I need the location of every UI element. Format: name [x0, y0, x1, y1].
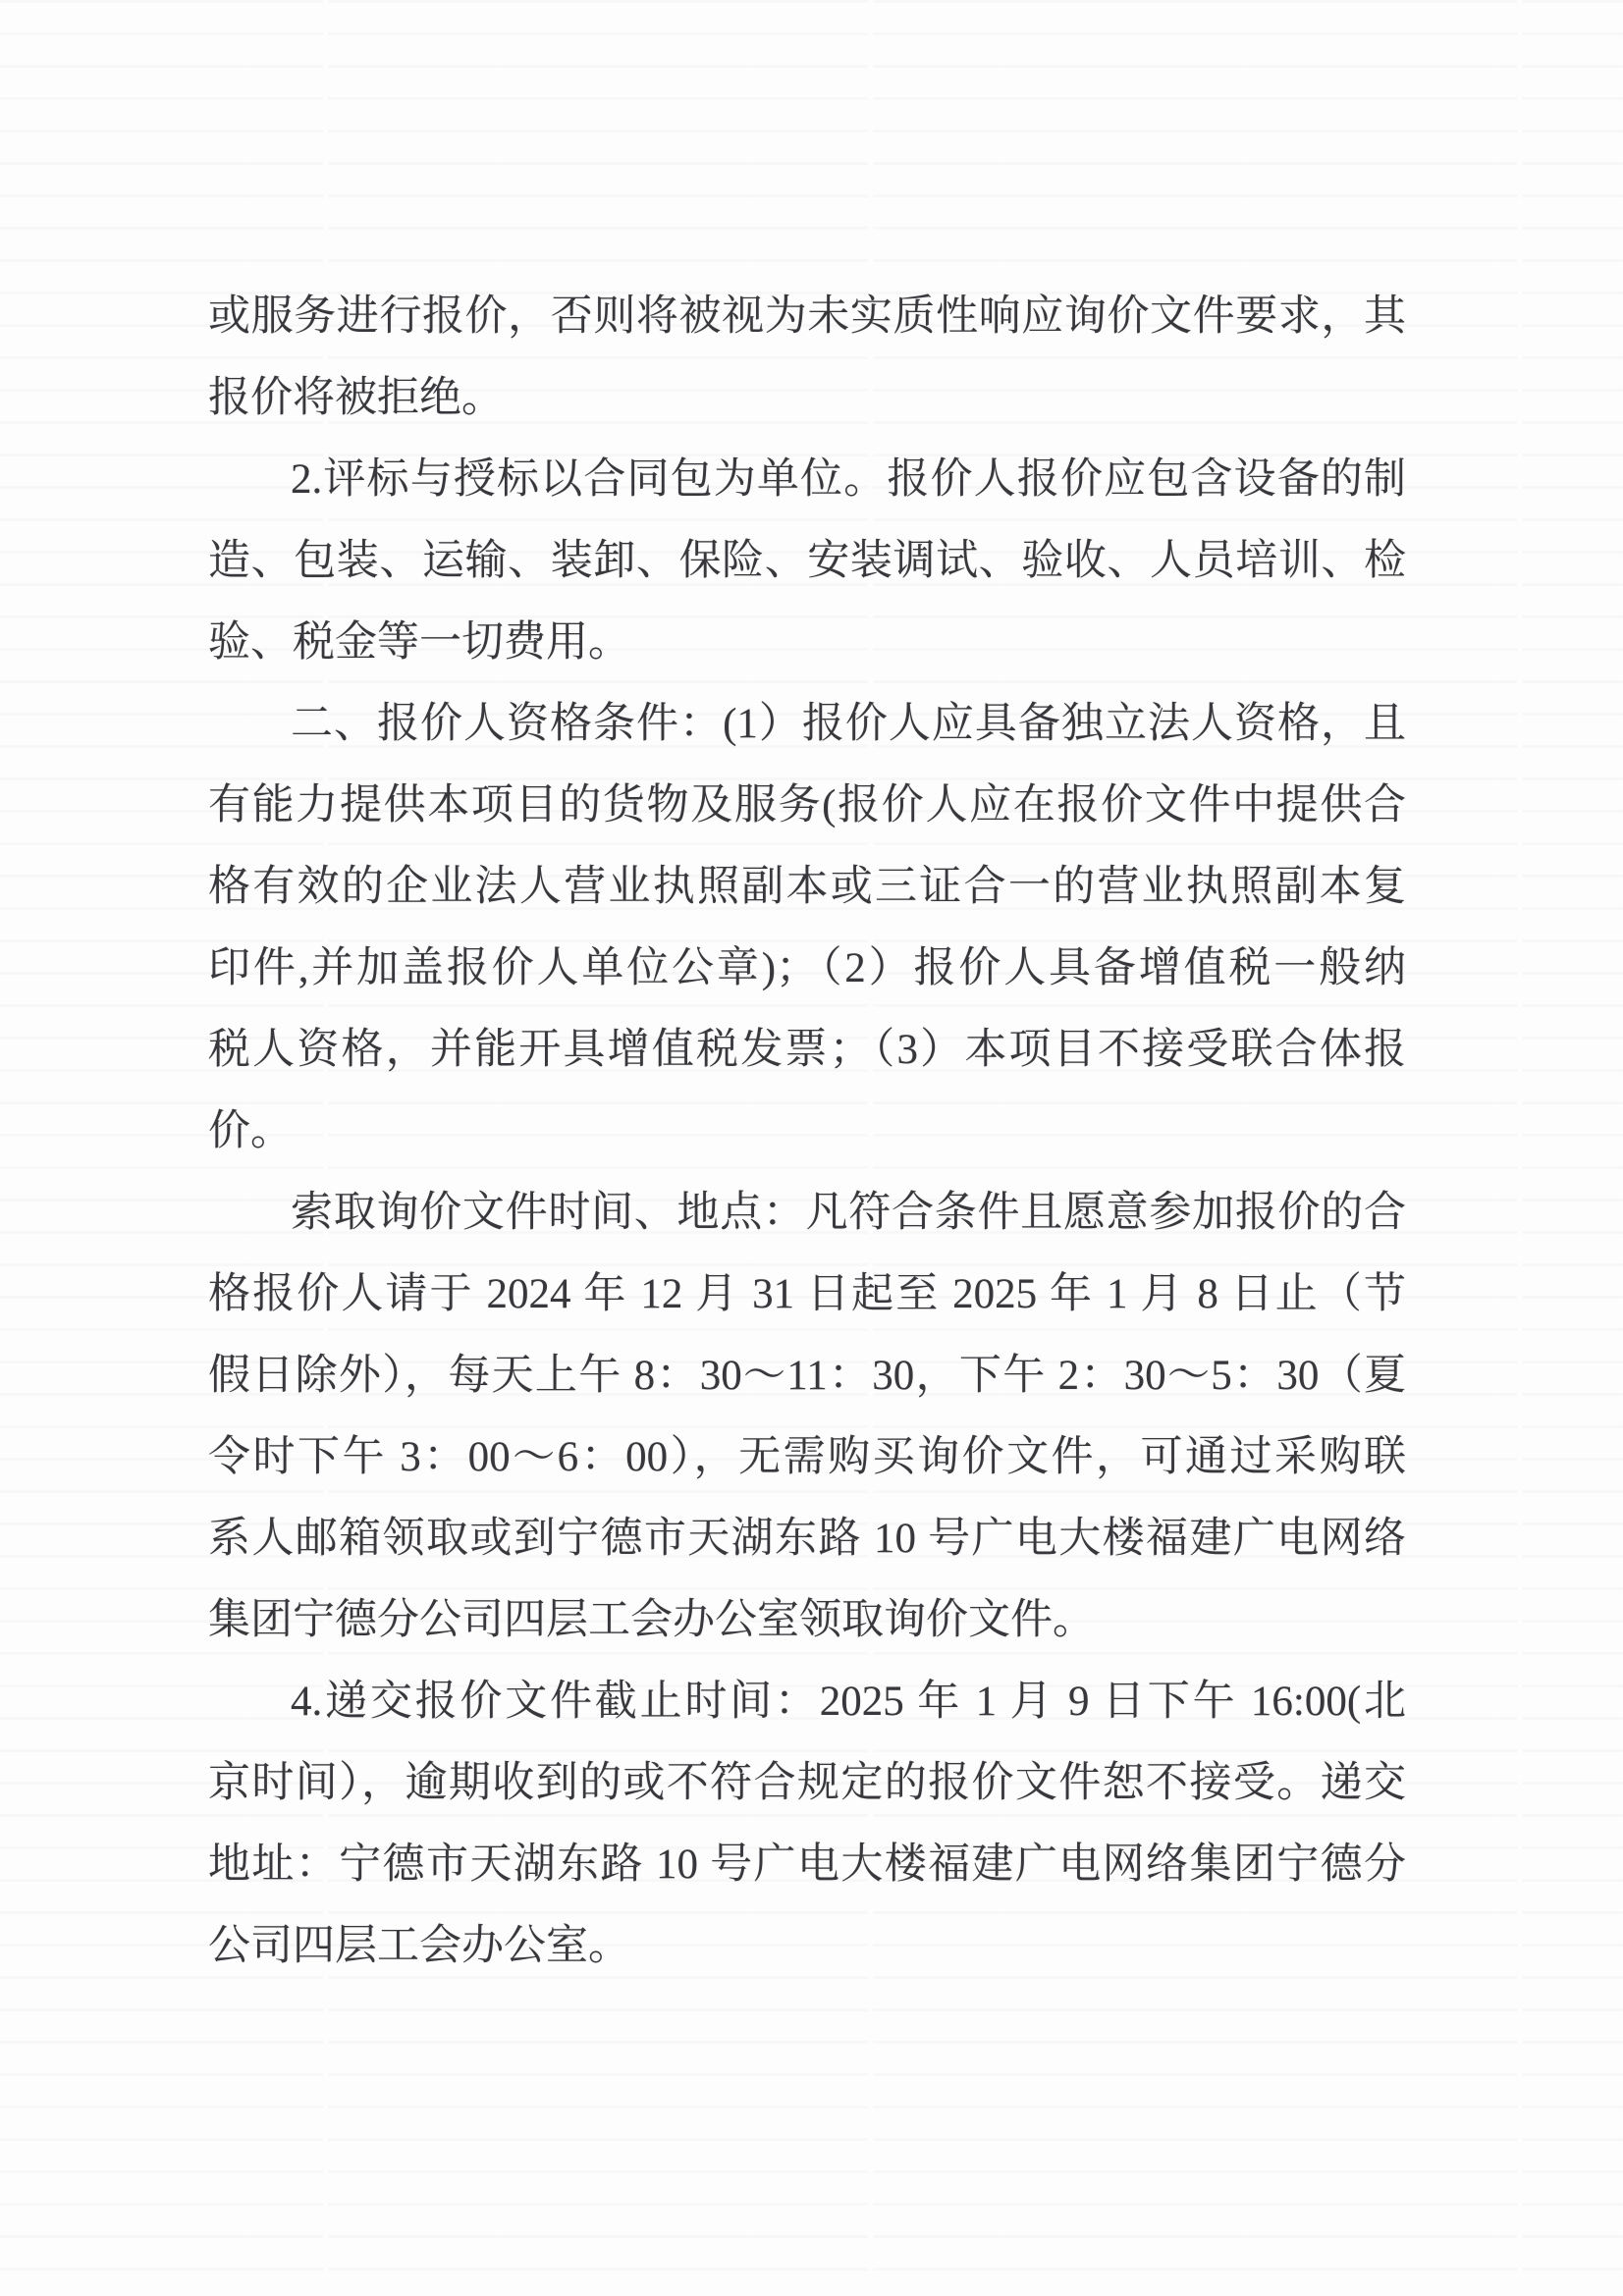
document-text-line: 报价将被拒绝。: [208, 357, 1406, 439]
document-text-line: 京时间），逾期收到的或不符合规定的报价文件恕不接受。递交: [208, 1742, 1406, 1824]
document-text-line: 验、税金等一切费用。: [208, 602, 1406, 683]
document-text-line: 税人资格，并能开具增值税发票；（3）本项目不接受联合体报: [208, 1009, 1406, 1091]
document-text-line: 4.递交报价文件截止时间：2025 年 1 月 9 日下午 16:00(北: [208, 1661, 1406, 1742]
document-text-line: 2.评标与授标以合同包为单位。报价人报价应包含设备的制: [208, 439, 1406, 520]
document-text-line: 假日除外），每天上午 8：30～11：30，下午 2：30～5：30（夏: [208, 1335, 1406, 1416]
document-text-line: 集团宁德分公司四层工会办公室领取询价文件。: [208, 1579, 1406, 1661]
document-text-line: 造、包装、运输、装卸、保险、安装调试、验收、人员培训、检: [208, 520, 1406, 602]
document-text-line: 格有效的企业法人营业执照副本或三证合一的营业执照副本复: [208, 846, 1406, 928]
document-text-line: 价。: [208, 1091, 1406, 1172]
document-text-line: 地址：宁德市天湖东路 10 号广电大楼福建广电网络集团宁德分: [208, 1824, 1406, 1905]
document-text-line: 或服务进行报价，否则将被视为未实质性响应询价文件要求，其: [208, 276, 1406, 357]
document-text-line: 系人邮箱领取或到宁德市天湖东路 10 号广电大楼福建广电网络: [208, 1498, 1406, 1579]
document-page: 或服务进行报价，否则将被视为未实质性响应询价文件要求，其报价将被拒绝。2.评标与…: [0, 0, 1623, 2296]
document-text-line: 格报价人请于 2024 年 12 月 31 日起至 2025 年 1 月 8 日…: [208, 1254, 1406, 1335]
document-text-line: 公司四层工会办公室。: [208, 1905, 1406, 1987]
document-text-line: 索取询价文件时间、地点：凡符合条件且愿意参加报价的合: [208, 1172, 1406, 1254]
document-text-line: 二、报价人资格条件：(1）报价人应具备独立法人资格，且: [208, 683, 1406, 765]
document-text-line: 有能力提供本项目的货物及服务(报价人应在报价文件中提供合: [208, 765, 1406, 846]
document-text-block: 或服务进行报价，否则将被视为未实质性响应询价文件要求，其报价将被拒绝。2.评标与…: [208, 276, 1406, 1987]
document-text-line: 印件,并加盖报价人单位公章)；（2）报价人具备增值税一般纳: [208, 928, 1406, 1009]
document-text-line: 令时下午 3：00～6：00），无需购买询价文件，可通过采购联: [208, 1416, 1406, 1498]
